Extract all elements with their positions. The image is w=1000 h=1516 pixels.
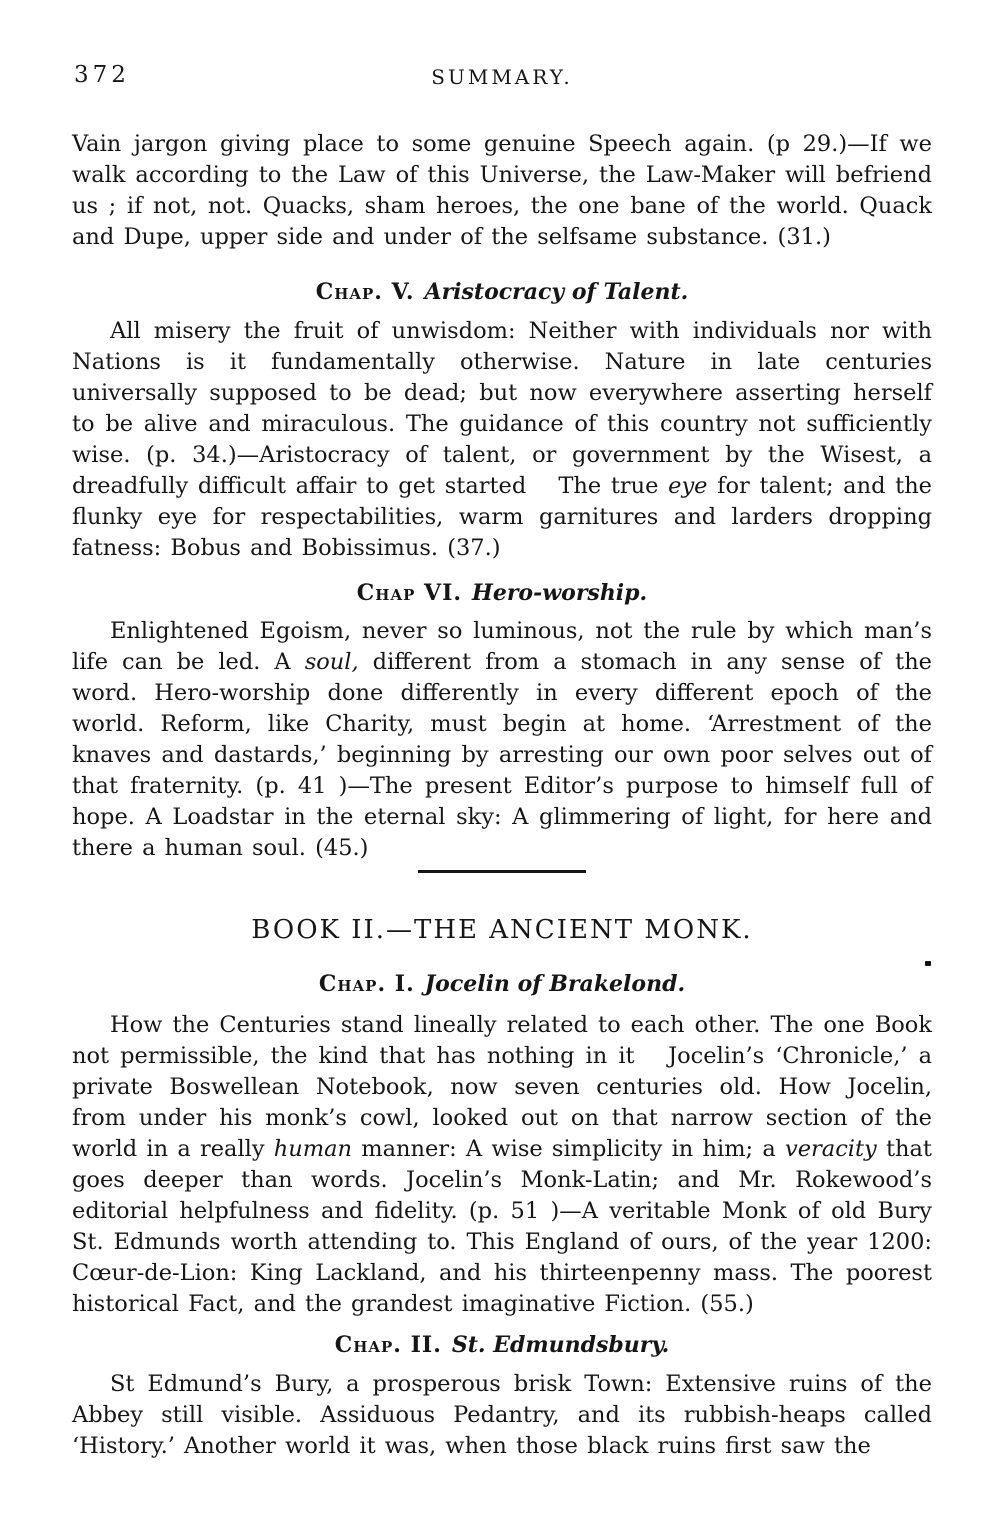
- book-heading: BOOK II.—THE ANCIENT MONK.: [72, 913, 932, 947]
- section-divider-rule: [418, 870, 586, 873]
- chapter-title: Aristocracy of Talent.: [425, 279, 689, 305]
- paragraph-text: that goes deeper than words. Jocelin’s M…: [72, 1136, 932, 1317]
- paragraph-text: St Edmund’s Bury, a prosperous brisk Tow…: [72, 1371, 932, 1459]
- paragraph-summary-continuation: Vain jargon giving place to some genuine…: [72, 129, 932, 253]
- running-head: SUMMARY.: [72, 62, 932, 89]
- chapter-heading-1: Chap. I.Jocelin of Brakelond.: [72, 969, 932, 999]
- chapter-label: Chap. V.: [316, 279, 415, 305]
- paragraph-text: different from a stomach in any sense of…: [72, 649, 932, 861]
- page-header: 372 SUMMARY.: [72, 62, 932, 92]
- italic-word: soul,: [305, 649, 359, 675]
- scanned-book-page: 372 SUMMARY. Vain jargon giving place to…: [0, 0, 1000, 1516]
- chapter-heading-6: Chap VI.Hero-worship.: [72, 578, 932, 608]
- paragraph-text: Vain jargon giving place to some genuine…: [72, 131, 932, 250]
- text-column: 372 SUMMARY. Vain jargon giving place to…: [72, 0, 932, 1462]
- italic-word: eye: [668, 473, 707, 499]
- italic-word: human: [274, 1136, 352, 1162]
- paragraph-chap1-summary: How the Centuries stand lineally related…: [72, 1010, 932, 1320]
- paragraph-text: manner: A wise simplicity in him; a: [352, 1136, 785, 1162]
- chapter-heading-5: Chap. V.Aristocracy of Talent.: [72, 277, 932, 307]
- ink-speck: [925, 961, 931, 966]
- italic-word: veracity: [785, 1136, 877, 1162]
- chapter-title: St. Edmundsbury.: [452, 1332, 669, 1358]
- chapter-label: Chap VI.: [357, 580, 462, 606]
- paragraph-chap6-summary: Enlightened Egoism, never so luminous, n…: [72, 616, 932, 864]
- paragraph-text: All misery the fruit of unwisdom: Neithe…: [72, 318, 932, 499]
- page-number: 372: [74, 62, 130, 88]
- paragraph-chap2-summary: St Edmund’s Bury, a prosperous brisk Tow…: [72, 1369, 932, 1462]
- chapter-label: Chap. II.: [335, 1332, 442, 1358]
- chapter-label: Chap. I.: [319, 971, 415, 997]
- chapter-title: Jocelin of Brakelond.: [425, 971, 685, 997]
- chapter-title: Hero-worship.: [472, 580, 647, 606]
- paragraph-chap5-summary: All misery the fruit of unwisdom: Neithe…: [72, 316, 932, 564]
- chapter-heading-2: Chap. II.St. Edmundsbury.: [72, 1330, 932, 1360]
